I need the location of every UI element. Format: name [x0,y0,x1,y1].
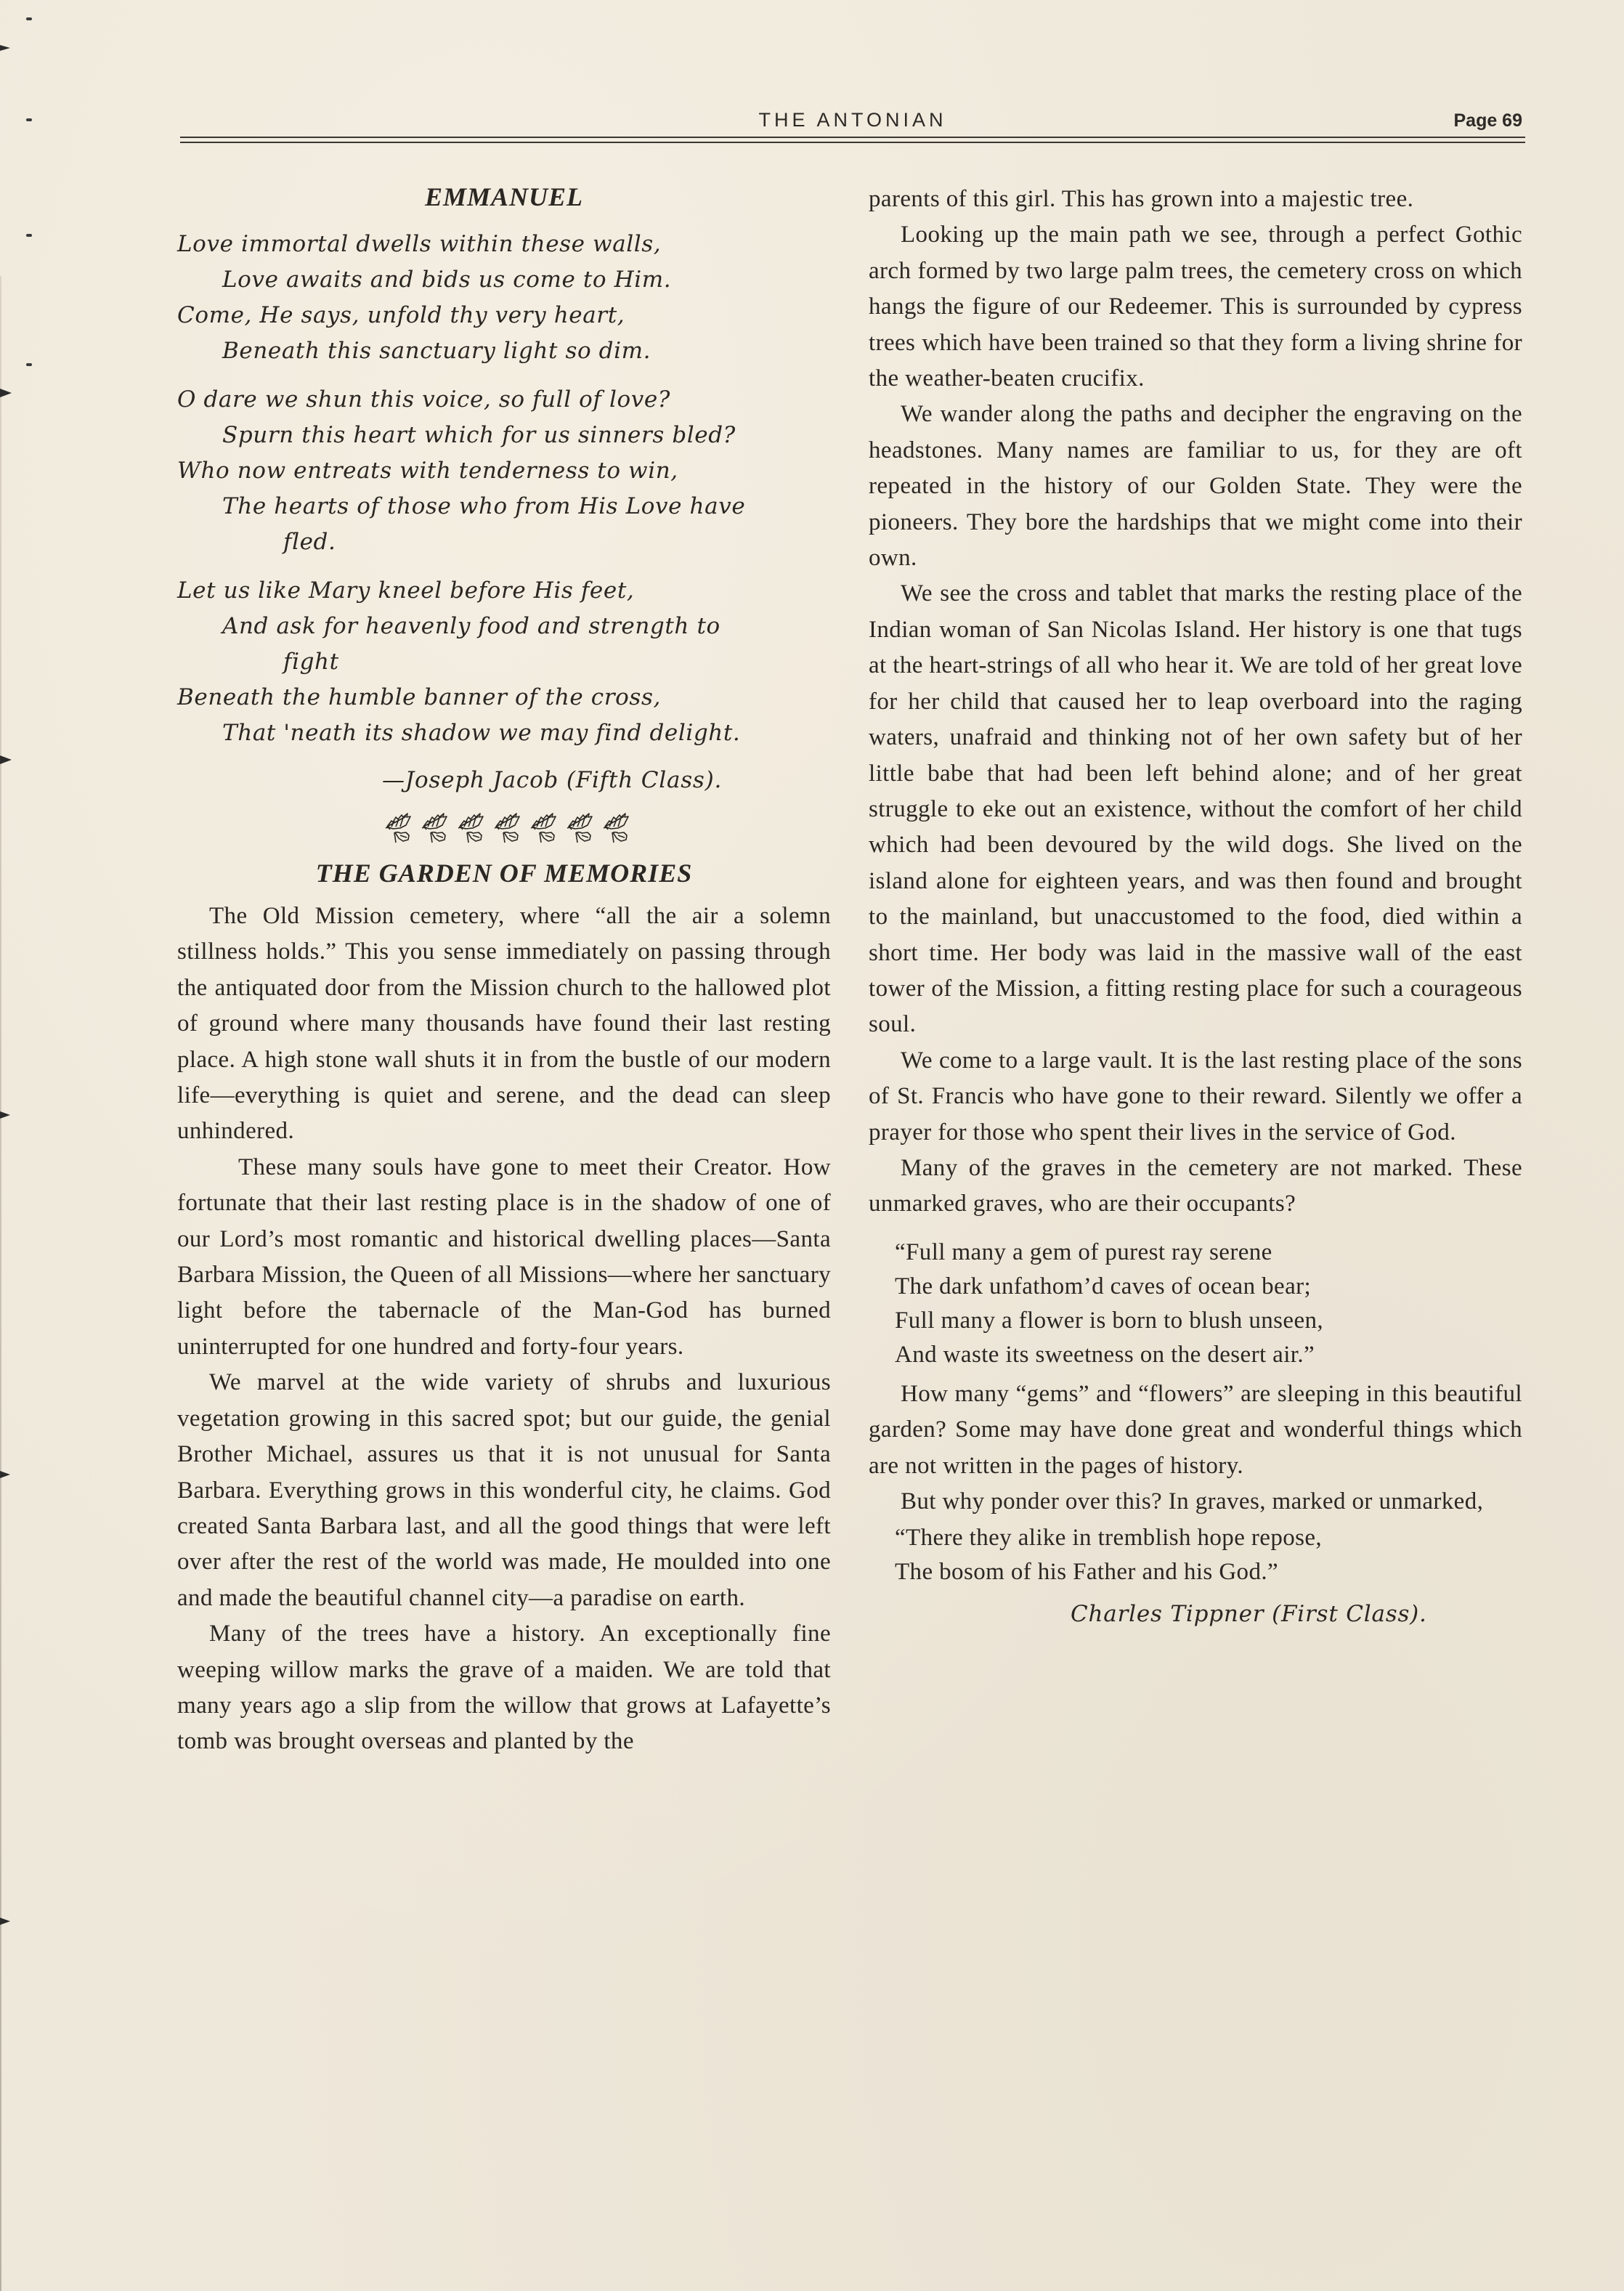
staple-hole [26,118,32,121]
essay-paragraph: How many “gems” and “flowers” are sleep­… [869,1376,1522,1484]
verse-line: Full many a flower is born to blush unse… [895,1304,1522,1338]
holly-leaf-icon [602,811,636,848]
poem-line: O dare we shun this voice, so full of lo… [177,382,831,418]
verse-line: The dark unfathom’d caves of ocean bear; [895,1270,1522,1304]
verse-line: The bosom of his Father and his God.” [895,1555,1522,1589]
holly-leaf-divider-icon [384,807,646,851]
essay-paragraph: Looking up the main path we see, through… [869,217,1522,397]
publication-title: THE ANTONIAN [180,109,1525,131]
verse-line: “There they alike in tremblish hope repo… [895,1521,1522,1555]
essay-paragraph: But why ponder over this? In graves, mar… [869,1484,1522,1520]
poem-line: fight [177,644,831,680]
header-double-rule [180,137,1525,143]
holly-leaf-icon [566,811,599,848]
poem-body: Love immortal dwells within these walls,… [177,227,831,751]
stanza-gap [177,369,831,382]
verse-line: “Full many a gem of purest ray serene [895,1236,1522,1270]
poem-line: Who now entreats with tenderness to win, [177,453,831,489]
holly-leaf-icon [493,811,527,848]
essay-paragraph: Many of the graves in the cemetery are n… [869,1151,1522,1222]
essay-author: Charles Tippner (First Class). [869,1597,1522,1632]
page-left-edge [0,276,1,2291]
page-number: Page 69 [1453,110,1522,131]
holly-leaf-icon [529,811,563,848]
essay-paragraph: We wander along the paths and decipher t… [869,397,1522,576]
essay-paragraph: We come to a large vault. It is the last… [869,1043,1522,1151]
essay-title: THE GARDEN OF MEMORIES [177,858,831,888]
poem-line: That 'neath its shadow we may find delig… [177,715,831,751]
verse-line: And waste its sweetness on the desert ai… [895,1338,1522,1372]
essay-paragraph: We marvel at the wide variety of shrubs … [177,1365,831,1616]
staple-hole [26,363,32,366]
poem-line: The hearts of those who from His Love ha… [177,489,831,524]
staple-hole [26,17,32,20]
poem-line: Beneath the humble banner of the cross, [177,680,831,715]
poem-line: fled. [177,524,831,560]
poem-line: Spurn this heart which for us sinners bl… [177,418,831,453]
essay-paragraph: parents of this girl. This has grown int… [869,182,1522,217]
poem-line: Love immortal dwells within these walls, [177,227,831,262]
essay-paragraph: Many of the trees have a history. An exc… [177,1616,831,1760]
stanza-gap [177,560,831,573]
running-header: THE ANTONIAN Page 69 [180,108,1525,144]
holly-leaf-icon [384,811,418,848]
left-column: EMMANUEL Love immortal dwells within the… [177,182,831,1760]
poem-line: Come, He says, unfold thy very heart, [177,298,831,333]
essay-right-text: parents of this girl. This has grown int… [869,182,1522,1589]
poem-line: Let us like Mary kneel before His feet, [177,573,831,609]
staple-hole [26,234,32,237]
poem-title: EMMANUEL [177,182,831,212]
poem-line: Beneath this sanctuary light so dim. [177,333,831,369]
essay-paragraph: The Old Mission cemetery, where “all the… [177,899,831,1150]
holly-leaf-icon [457,811,490,848]
poem-line: And ask for heavenly food and strength t… [177,609,831,644]
right-column: parents of this girl. This has grown int… [869,182,1522,1632]
poem-author: —Joseph Jacob (Fifth Class). [177,763,831,798]
poem-line: Love awaits and bids us come to Him. [177,262,831,298]
quoted-verse: “There they alike in tremblish hope repo… [869,1521,1522,1589]
essay-paragraph: We see the cross and tablet that marks t… [869,576,1522,1042]
essay-paragraph: These many souls have gone to meet their… [177,1150,831,1365]
essay-left-text: The Old Mission cemetery, where “all the… [177,899,831,1760]
quoted-verse: “Full many a gem of purest ray serene Th… [869,1236,1522,1372]
holly-leaf-icon [421,811,454,848]
